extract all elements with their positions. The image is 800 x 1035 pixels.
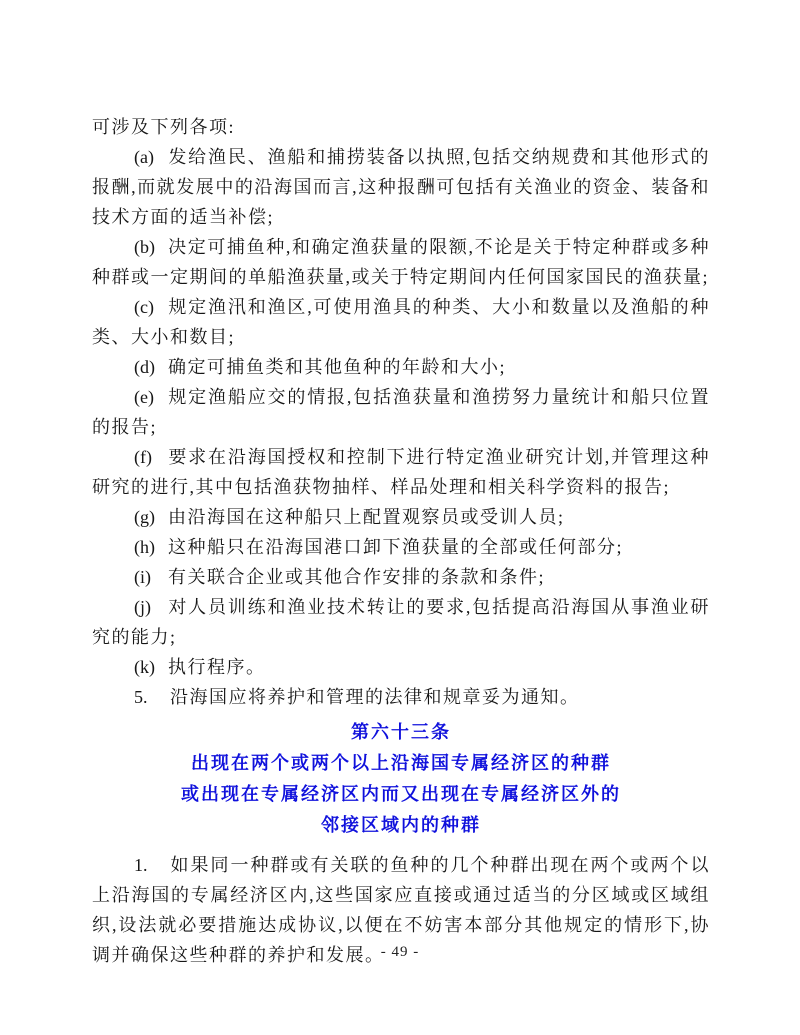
list-item-i: (i)有关联合企业或其他合作安排的条款和条件;	[92, 562, 710, 592]
list-item-k: (k)执行程序。	[92, 652, 710, 682]
item-label-c: (c)	[134, 292, 168, 322]
item-label-k: (k)	[134, 652, 168, 682]
article-63-heading: 第六十三条 出现在两个或两个以上沿海国专属经济区的种群 或出现在专属经济区内而又…	[92, 717, 710, 841]
page-number: - 49 -	[0, 944, 800, 961]
list-item-d: (d)确定可捕鱼类和其他鱼种的年龄和大小;	[92, 352, 710, 382]
item-text-f: 要求在沿海国授权和控制下进行特定渔业研究计划,并管理这种研究的进行,其中包括渔获…	[92, 447, 710, 497]
item-label-a: (a)	[134, 142, 168, 172]
list-item-b: (b)决定可捕鱼种,和确定渔获量的限额,不论是关于特定种群或多种种群或一定期间的…	[92, 232, 710, 292]
paragraph-5: 5.沿海国应将养护和管理的法律和规章妥为通知。	[92, 682, 710, 712]
item-text-b: 决定可捕鱼种,和确定渔获量的限额,不论是关于特定种群或多种种群或一定期间的单船渔…	[92, 237, 710, 287]
item-text-g: 由沿海国在这种船只上配置观察员或受训人员;	[168, 507, 565, 527]
item-label-e: (e)	[134, 382, 168, 412]
list-item-c: (c)规定渔汛和渔区,可使用渔具的种类、大小和数量以及渔船的种类、大小和数目;	[92, 292, 710, 352]
item-label-i: (i)	[134, 562, 168, 592]
list-item-j: (j)对人员训练和渔业技术转让的要求,包括提高沿海国从事渔业研究的能力;	[92, 592, 710, 652]
document-content: 可涉及下列各项: (a)发给渔民、渔船和捕捞装备以执照,包括交纳规费和其他形式的…	[92, 112, 710, 970]
item-text-e: 规定渔船应交的情报,包括渔获量和渔捞努力量统计和船只位置的报告;	[92, 387, 710, 437]
article-title-line-2: 或出现在专属经济区内而又出现在专属经济区外的	[92, 779, 710, 810]
list-item-e: (e)规定渔船应交的情报,包括渔获量和渔捞努力量统计和船只位置的报告;	[92, 382, 710, 442]
list-item-g: (g)由沿海国在这种船只上配置观察员或受训人员;	[92, 502, 710, 532]
item-label-j: (j)	[134, 592, 168, 622]
item-text-j: 对人员训练和渔业技术转让的要求,包括提高沿海国从事渔业研究的能力;	[92, 597, 710, 647]
item-text-k: 执行程序。	[168, 657, 266, 677]
item-text-i: 有关联合企业或其他合作安排的条款和条件;	[168, 567, 545, 587]
article-title-line-3: 邻接区域内的种群	[92, 810, 710, 841]
paragraph-5-label: 5.	[134, 682, 170, 712]
item-label-g: (g)	[134, 502, 168, 532]
paragraph-5-text: 沿海国应将养护和管理的法律和规章妥为通知。	[170, 687, 580, 707]
item-text-c: 规定渔汛和渔区,可使用渔具的种类、大小和数量以及渔船的种类、大小和数目;	[92, 297, 710, 347]
document-page: 可涉及下列各项: (a)发给渔民、渔船和捕捞装备以执照,包括交纳规费和其他形式的…	[0, 0, 800, 1035]
item-text-d: 确定可捕鱼类和其他鱼种的年龄和大小;	[168, 357, 506, 377]
item-label-b: (b)	[134, 232, 168, 262]
item-text-a: 发给渔民、渔船和捕捞装备以执照,包括交纳规费和其他形式的报酬,而就发展中的沿海国…	[92, 147, 710, 227]
list-item-a: (a)发给渔民、渔船和捕捞装备以执照,包括交纳规费和其他形式的报酬,而就发展中的…	[92, 142, 710, 232]
paragraph-1-label: 1.	[134, 850, 170, 880]
list-item-h: (h)这种船只在沿海国港口卸下渔获量的全部或任何部分;	[92, 532, 710, 562]
list-item-f: (f)要求在沿海国授权和控制下进行特定渔业研究计划,并管理这种研究的进行,其中包…	[92, 442, 710, 502]
article-number: 第六十三条	[92, 717, 710, 748]
item-label-d: (d)	[134, 352, 168, 382]
item-label-f: (f)	[134, 442, 168, 472]
intro-line: 可涉及下列各项:	[92, 112, 710, 142]
item-label-h: (h)	[134, 532, 168, 562]
article-title-line-1: 出现在两个或两个以上沿海国专属经济区的种群	[92, 748, 710, 779]
item-text-h: 这种船只在沿海国港口卸下渔获量的全部或任何部分;	[168, 537, 623, 557]
